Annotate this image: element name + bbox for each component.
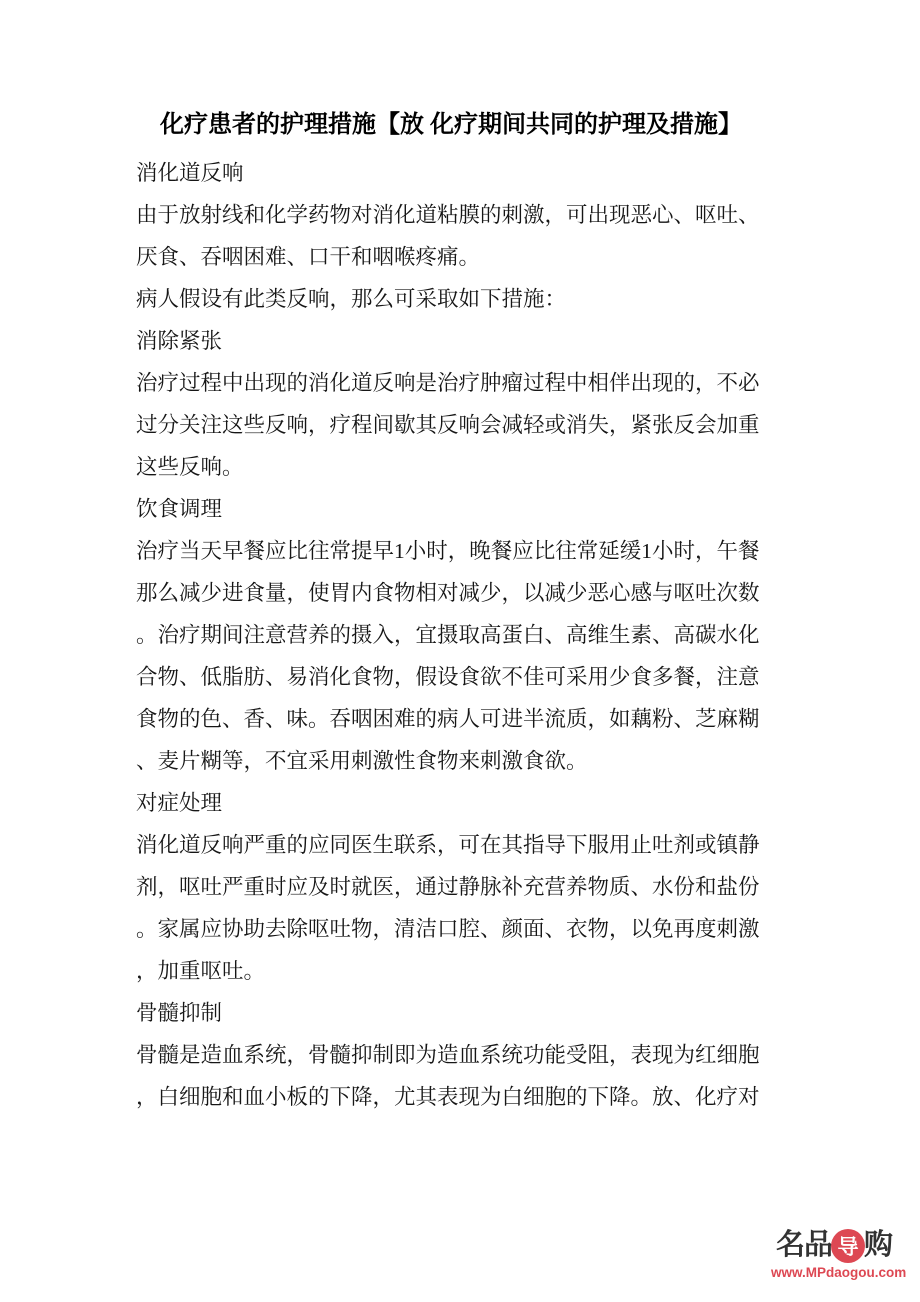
- text-line: 消化道反响严重的应同医生联系，可在其指导下服用止吐剂或镇静: [136, 824, 812, 866]
- document-body: 消化道反响由于放射线和化学药物对消化道粘膜的刺激，可出现恶心、呕吐、厌食、吞咽困…: [136, 152, 812, 1118]
- text-line: 。治疗期间注意营养的摄入，宜摄取高蛋白、高维生素、高碳水化: [136, 614, 812, 656]
- brand-char-gou: 购: [864, 1231, 892, 1260]
- text-line: 消化道反响: [136, 152, 812, 194]
- paragraph-myelosuppression: 骨髓是造血系统，骨髓抑制即为造血系统功能受阻，表现为红细胞，白细胞和血小板的下降…: [136, 1034, 812, 1118]
- text-line: 治疗过程中出现的消化道反响是治疗肿瘤过程中相伴出现的，不必: [136, 362, 812, 404]
- page-title: 化疗患者的护理措施【放 化疗期间共同的护理及措施】: [113, 104, 789, 146]
- section-heading-diet: 饮食调理: [136, 488, 812, 530]
- text-line: 消除紧张: [136, 320, 812, 362]
- paragraph-relieve-tension: 治疗过程中出现的消化道反响是治疗肿瘤过程中相伴出现的，不必过分关注这些反响，疗程…: [136, 362, 812, 488]
- text-line: 那么减少进食量，使胃内食物相对减少，以减少恶心感与呕吐次数: [136, 572, 812, 614]
- document-page: 化疗患者的护理措施【放 化疗期间共同的护理及措施】 消化道反响由于放射线和化学药…: [0, 0, 920, 1302]
- text-line: 骨髓是造血系统，骨髓抑制即为造血系统功能受阻，表现为红细胞: [136, 1034, 812, 1076]
- text-line: 厌食、吞咽困难、口干和咽喉疼痛。: [136, 236, 812, 278]
- text-line: 骨髓抑制: [136, 992, 812, 1034]
- text-line: 、麦片糊等，不宜采用刺激性食物来刺激食欲。: [136, 740, 812, 782]
- text-line: 病人假设有此类反响，那么可采取如下措施：: [136, 278, 812, 320]
- mpdaogou-watermark-logo: 名 品 导 购 www.MPdaogou.com: [771, 1227, 897, 1280]
- text-line: 饮食调理: [136, 488, 812, 530]
- text-line: 。家属应协助去除呕吐物，清洁口腔、颜面、衣物，以免再度刺激: [136, 908, 812, 950]
- text-line: ，加重呕吐。: [136, 950, 812, 992]
- dao-circle-mark-icon: 导: [831, 1229, 865, 1263]
- text-line: 食物的色、香、味。吞咽困难的病人可进半流质，如藕粉、芝麻糊: [136, 698, 812, 740]
- paragraph-diet: 治疗当天早餐应比往常提早1小时，晚餐应比往常延缓1小时，午餐那么减少进食量，使胃…: [136, 530, 812, 782]
- section-heading-symptomatic-treatment: 对症处理: [136, 782, 812, 824]
- text-line: 由于放射线和化学药物对消化道粘膜的刺激，可出现恶心、呕吐、: [136, 194, 812, 236]
- text-line: 这些反响。: [136, 446, 812, 488]
- text-line: 过分关注这些反响，疗程间歇其反响会减轻或消失，紧张反会加重: [136, 404, 812, 446]
- paragraph-measures-intro: 病人假设有此类反响，那么可采取如下措施：: [136, 278, 812, 320]
- text-line: 剂，呕吐严重时应及时就医，通过静脉补充营养物质、水份和盐份: [136, 866, 812, 908]
- section-heading-digestive-reaction: 消化道反响: [136, 152, 812, 194]
- paragraph-symptomatic-treatment: 消化道反响严重的应同医生联系，可在其指导下服用止吐剂或镇静剂，呕吐严重时应及时就…: [136, 824, 812, 992]
- text-line: 对症处理: [136, 782, 812, 824]
- text-line: 合物、低脂肪、易消化食物，假设食欲不佳可采用少食多餐，注意: [136, 656, 812, 698]
- section-heading-myelosuppression: 骨髓抑制: [136, 992, 812, 1034]
- text-line: 治疗当天早餐应比往常提早1小时，晚餐应比往常延缓1小时，午餐: [136, 530, 812, 572]
- paragraph-digestive-intro: 由于放射线和化学药物对消化道粘膜的刺激，可出现恶心、呕吐、厌食、吞咽困难、口干和…: [136, 194, 812, 278]
- brand-url: www.MPdaogou.com: [771, 1266, 897, 1280]
- brand-char-pin: 品: [804, 1231, 832, 1260]
- section-heading-relieve-tension: 消除紧张: [136, 320, 812, 362]
- text-line: ，白细胞和血小板的下降，尤其表现为白细胞的下降。放、化疗对: [136, 1076, 812, 1118]
- brand-char-ming: 名: [776, 1231, 804, 1260]
- brand-logo-row: 名 品 导 购: [771, 1227, 897, 1264]
